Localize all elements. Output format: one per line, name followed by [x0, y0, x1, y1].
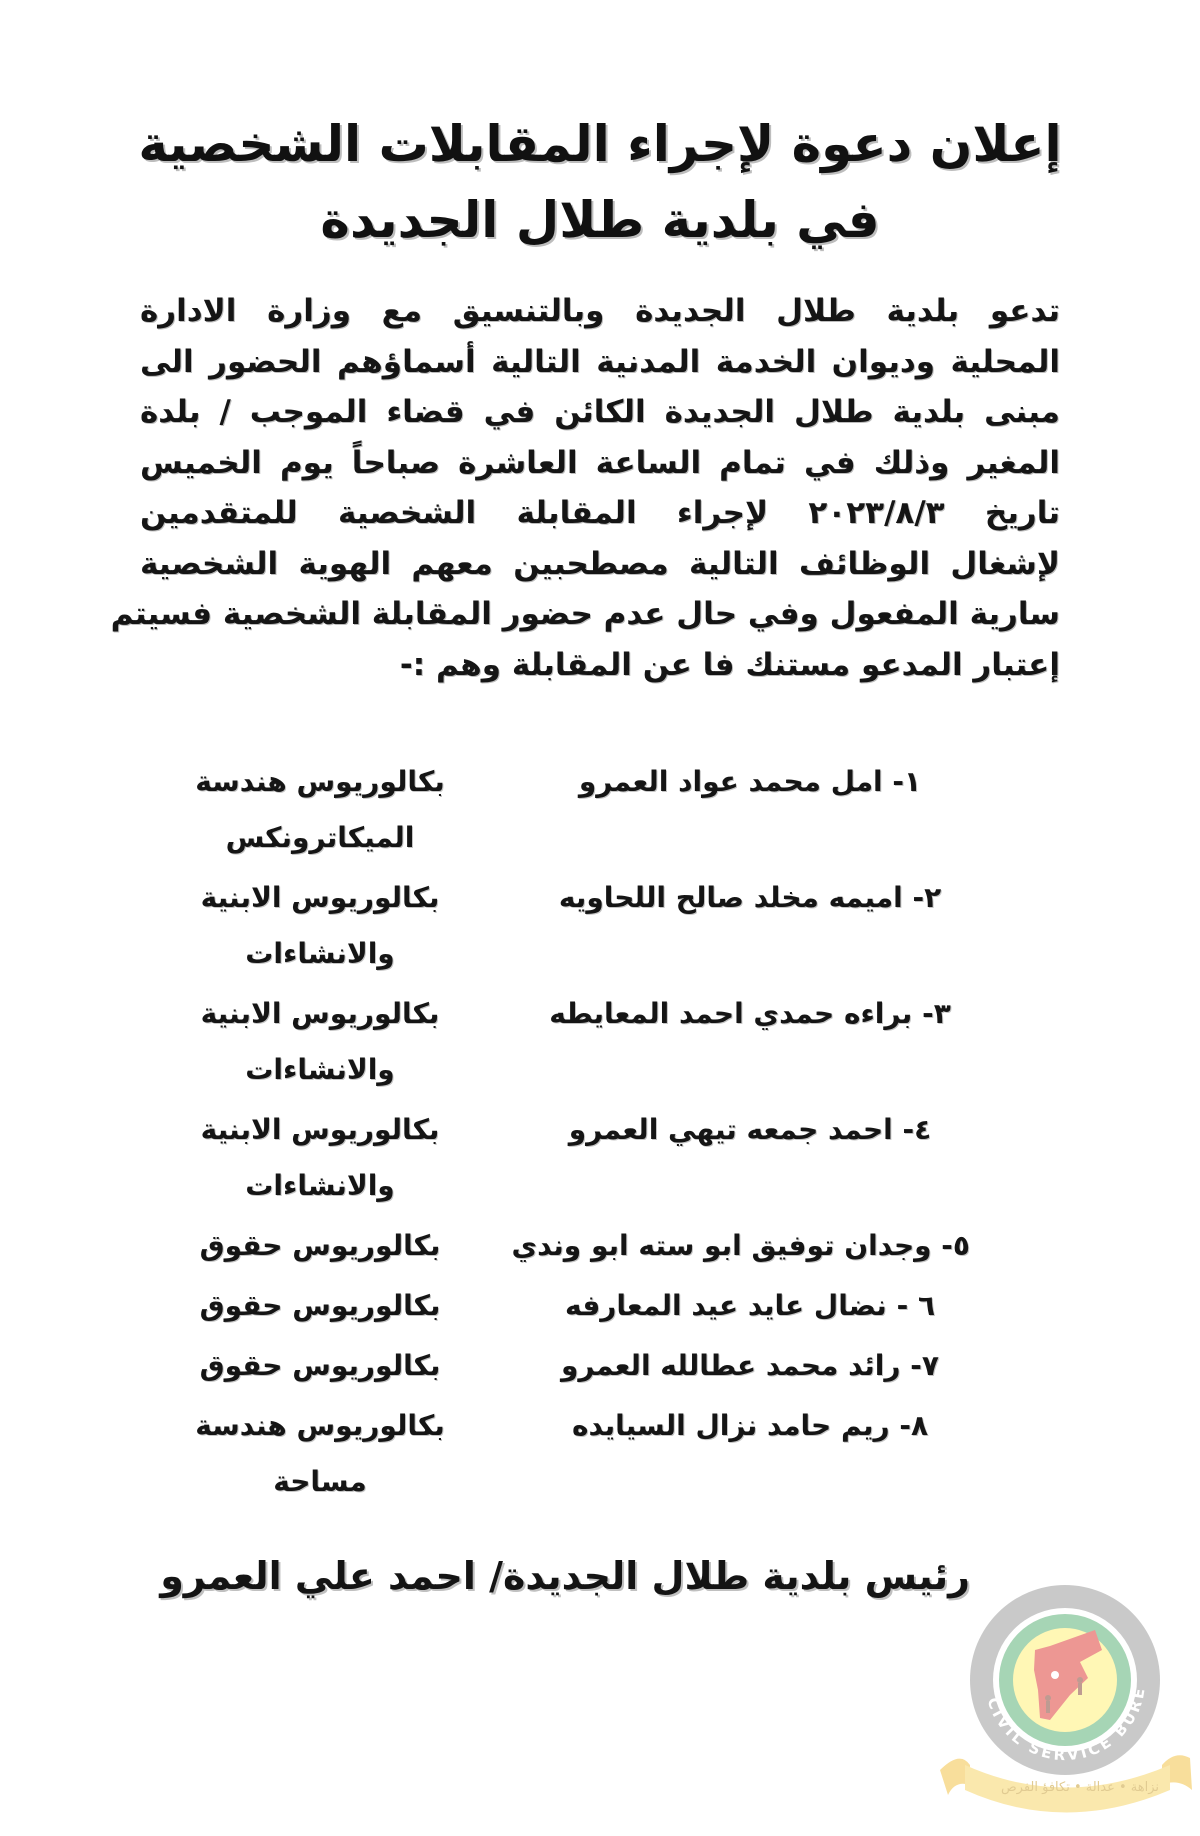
- body-line: تاريخ ٢٠٢٣/٨/٣ لإجراء المقابلة الشخصية ل…: [140, 488, 1060, 539]
- candidate-row: ٤- احمد جمعه تيهي العمرو بكالوريوس الابن…: [150, 1110, 1010, 1226]
- civil-service-bureau-logo: CIVIL SERVICE BUREAU نزاهة • عدالة • تكا…: [930, 1580, 1200, 1836]
- candidate-degree: بكالوريوس هندسة مساحة: [170, 1398, 470, 1510]
- logo-emblem-icon: CIVIL SERVICE BUREAU: [930, 1580, 1200, 1836]
- announcement-body: تدعو بلدية طلال الجديدة وبالتنسيق مع وزا…: [140, 286, 1060, 690]
- candidate-row: ٥- وجدان توفيق ابو سته ابو وندي بكالوريو…: [150, 1226, 1010, 1286]
- candidate-row: ١- امل محمد عواد العمرو بكالوريوس هندسة …: [150, 762, 1010, 878]
- candidate-row: ٦ - نضال عايد عيد المعارفه بكالوريوس حقو…: [150, 1286, 1010, 1346]
- candidate-name: ٤- احمد جمعه تيهي العمرو: [530, 1110, 970, 1150]
- body-line: لإشغال الوظائف التالية مصطحبين معهم الهو…: [140, 539, 1060, 590]
- candidate-name: ٧- رائد محمد عطالله العمرو: [530, 1346, 970, 1386]
- candidate-name: ٦ - نضال عايد عيد المعارفه: [530, 1286, 970, 1326]
- body-line: المغير وذلك في تمام الساعة العاشرة صباحا…: [140, 438, 1060, 489]
- candidate-degree: بكالوريوس حقوق: [170, 1278, 470, 1334]
- stamp-motto: نزاهة • عدالة • تكافؤ الفرص: [990, 1780, 1170, 1795]
- body-line: مبنى بلدية طلال الجديدة الكائن في قضاء ا…: [140, 387, 1060, 438]
- candidate-name: ٣- براءه حمدي احمد المعايطه: [530, 994, 970, 1034]
- announcement-title-line-1: إعلان دعوة لإجراء المقابلات الشخصية: [130, 112, 1070, 176]
- candidate-name: ٥- وجدان توفيق ابو سته ابو وندي: [530, 1226, 970, 1266]
- candidate-degree: بكالوريوس الابنية والانشاءات: [170, 1102, 470, 1214]
- candidates-list: ١- امل محمد عواد العمرو بكالوريوس هندسة …: [150, 762, 1010, 1522]
- body-line: إعتبار المدعو مستنك فا عن المقابلة وهم :…: [140, 640, 1060, 691]
- candidate-degree: بكالوريوس الابنية والانشاءات: [170, 986, 470, 1098]
- candidate-name: ٨- ريم حامد نزال السيايده: [530, 1406, 970, 1446]
- announcement-title-line-2: في بلدية طلال الجديدة: [130, 188, 1070, 252]
- body-line: سارية المفعول وفي حال عدم حضور المقابلة …: [140, 589, 1060, 640]
- candidate-degree: بكالوريوس الابنية والانشاءات: [170, 870, 470, 982]
- signature: رئيس بلدية طلال الجديدة/ احمد علي العمرو: [130, 1548, 970, 1604]
- candidate-degree: بكالوريوس هندسة الميكاترونكس: [170, 754, 470, 866]
- candidate-name: ٢- اميمه مخلد صالح اللحاويه: [530, 878, 970, 918]
- body-line: تدعو بلدية طلال الجديدة وبالتنسيق مع وزا…: [140, 286, 1060, 337]
- candidate-row: ٨- ريم حامد نزال السيايده بكالوريوس هندس…: [150, 1406, 1010, 1522]
- candidate-degree: بكالوريوس حقوق: [170, 1218, 470, 1274]
- body-line: المحلية وديوان الخدمة المدنية التالية أس…: [140, 337, 1060, 388]
- announcement-page: إعلان دعوة لإجراء المقابلات الشخصية في ب…: [0, 0, 1200, 1836]
- candidate-row: ٣- براءه حمدي احمد المعايطه بكالوريوس ال…: [150, 994, 1010, 1110]
- candidate-name: ١- امل محمد عواد العمرو: [530, 762, 970, 802]
- candidate-row: ٧- رائد محمد عطالله العمرو بكالوريوس حقو…: [150, 1346, 1010, 1406]
- candidate-row: ٢- اميمه مخلد صالح اللحاويه بكالوريوس ال…: [150, 878, 1010, 994]
- candidate-degree: بكالوريوس حقوق: [170, 1338, 470, 1394]
